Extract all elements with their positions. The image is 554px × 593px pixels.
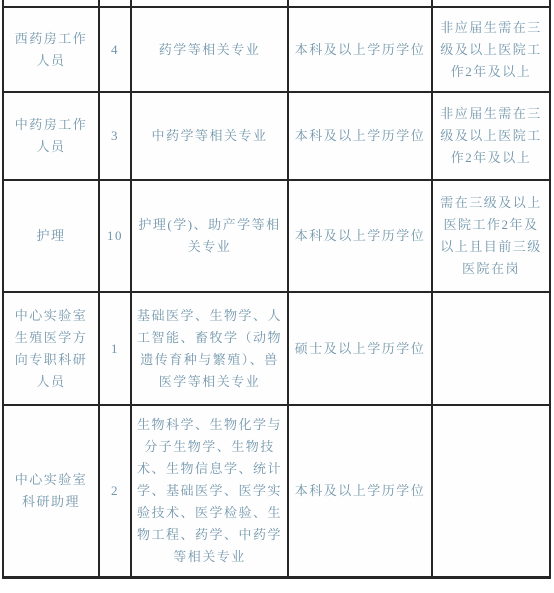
cell-count: 3 (99, 92, 131, 180)
cell-position: 护理 (3, 180, 99, 292)
cell-position: 中药房工作人员 (3, 92, 99, 180)
cell-requirement (432, 292, 550, 405)
cell-count: 2 (99, 405, 131, 577)
cell-position: 西药房工作人员 (3, 7, 99, 92)
cell-major: 药学等相关专业 (131, 7, 288, 92)
cell-count: 1 (99, 292, 131, 405)
cell-education: 本科及以上学历学位 (288, 92, 432, 180)
cell-position: 中心实验室生殖医学方向专职科研人员 (3, 292, 99, 405)
cell-education: 本科及以上学历学位 (288, 180, 432, 292)
table-row: 中药房工作人员 3 中药学等相关专业 本科及以上学历学位 非应届生需在三级及以上… (3, 92, 550, 180)
cell-requirement (432, 405, 550, 577)
cell-requirement: 非应届生需在三级及以上医院工作2年及以上 (432, 92, 550, 180)
cell-education: 硕士及以上学历学位 (288, 292, 432, 405)
cell-major: 基础医学、生物学、人工智能、畜牧学（动物遗传育种与繁殖）、兽医学等相关专业 (131, 292, 288, 405)
table-row: 护理 10 护理(学)、助产学等相关专业 本科及以上学历学位 需在三级及以上医院… (3, 180, 550, 292)
table-row: 中心实验室科研助理 2 生物科学、生物化学与分子生物学、生物技术、生物信息学、统… (3, 405, 550, 577)
cell-major: 中药学等相关专业 (131, 92, 288, 180)
table-row: 西药房工作人员 4 药学等相关专业 本科及以上学历学位 非应届生需在三级及以上医… (3, 7, 550, 92)
table-row: 中心实验室生殖医学方向专职科研人员 1 基础医学、生物学、人工智能、畜牧学（动物… (3, 292, 550, 405)
recruitment-table-page: 西药房工作人员 4 药学等相关专业 本科及以上学历学位 非应届生需在三级及以上医… (0, 0, 554, 593)
cell-major: 生物科学、生物化学与分子生物学、生物技术、生物信息学、统计学、基础医学、医学实验… (131, 405, 288, 577)
cell-position: 中心实验室科研助理 (3, 405, 99, 577)
cell-major: 护理(学)、助产学等相关专业 (131, 180, 288, 292)
cell-count: 4 (99, 7, 131, 92)
recruitment-table: 西药房工作人员 4 药学等相关专业 本科及以上学历学位 非应届生需在三级及以上医… (2, 6, 551, 579)
cell-education: 本科及以上学历学位 (288, 405, 432, 577)
cell-education: 本科及以上学历学位 (288, 7, 432, 92)
cell-requirement: 需在三级及以上医院工作2年及以上且目前三级医院在岗 (432, 180, 550, 292)
cell-count: 10 (99, 180, 131, 292)
cell-requirement: 非应届生需在三级及以上医院工作2年及以上 (432, 7, 550, 92)
